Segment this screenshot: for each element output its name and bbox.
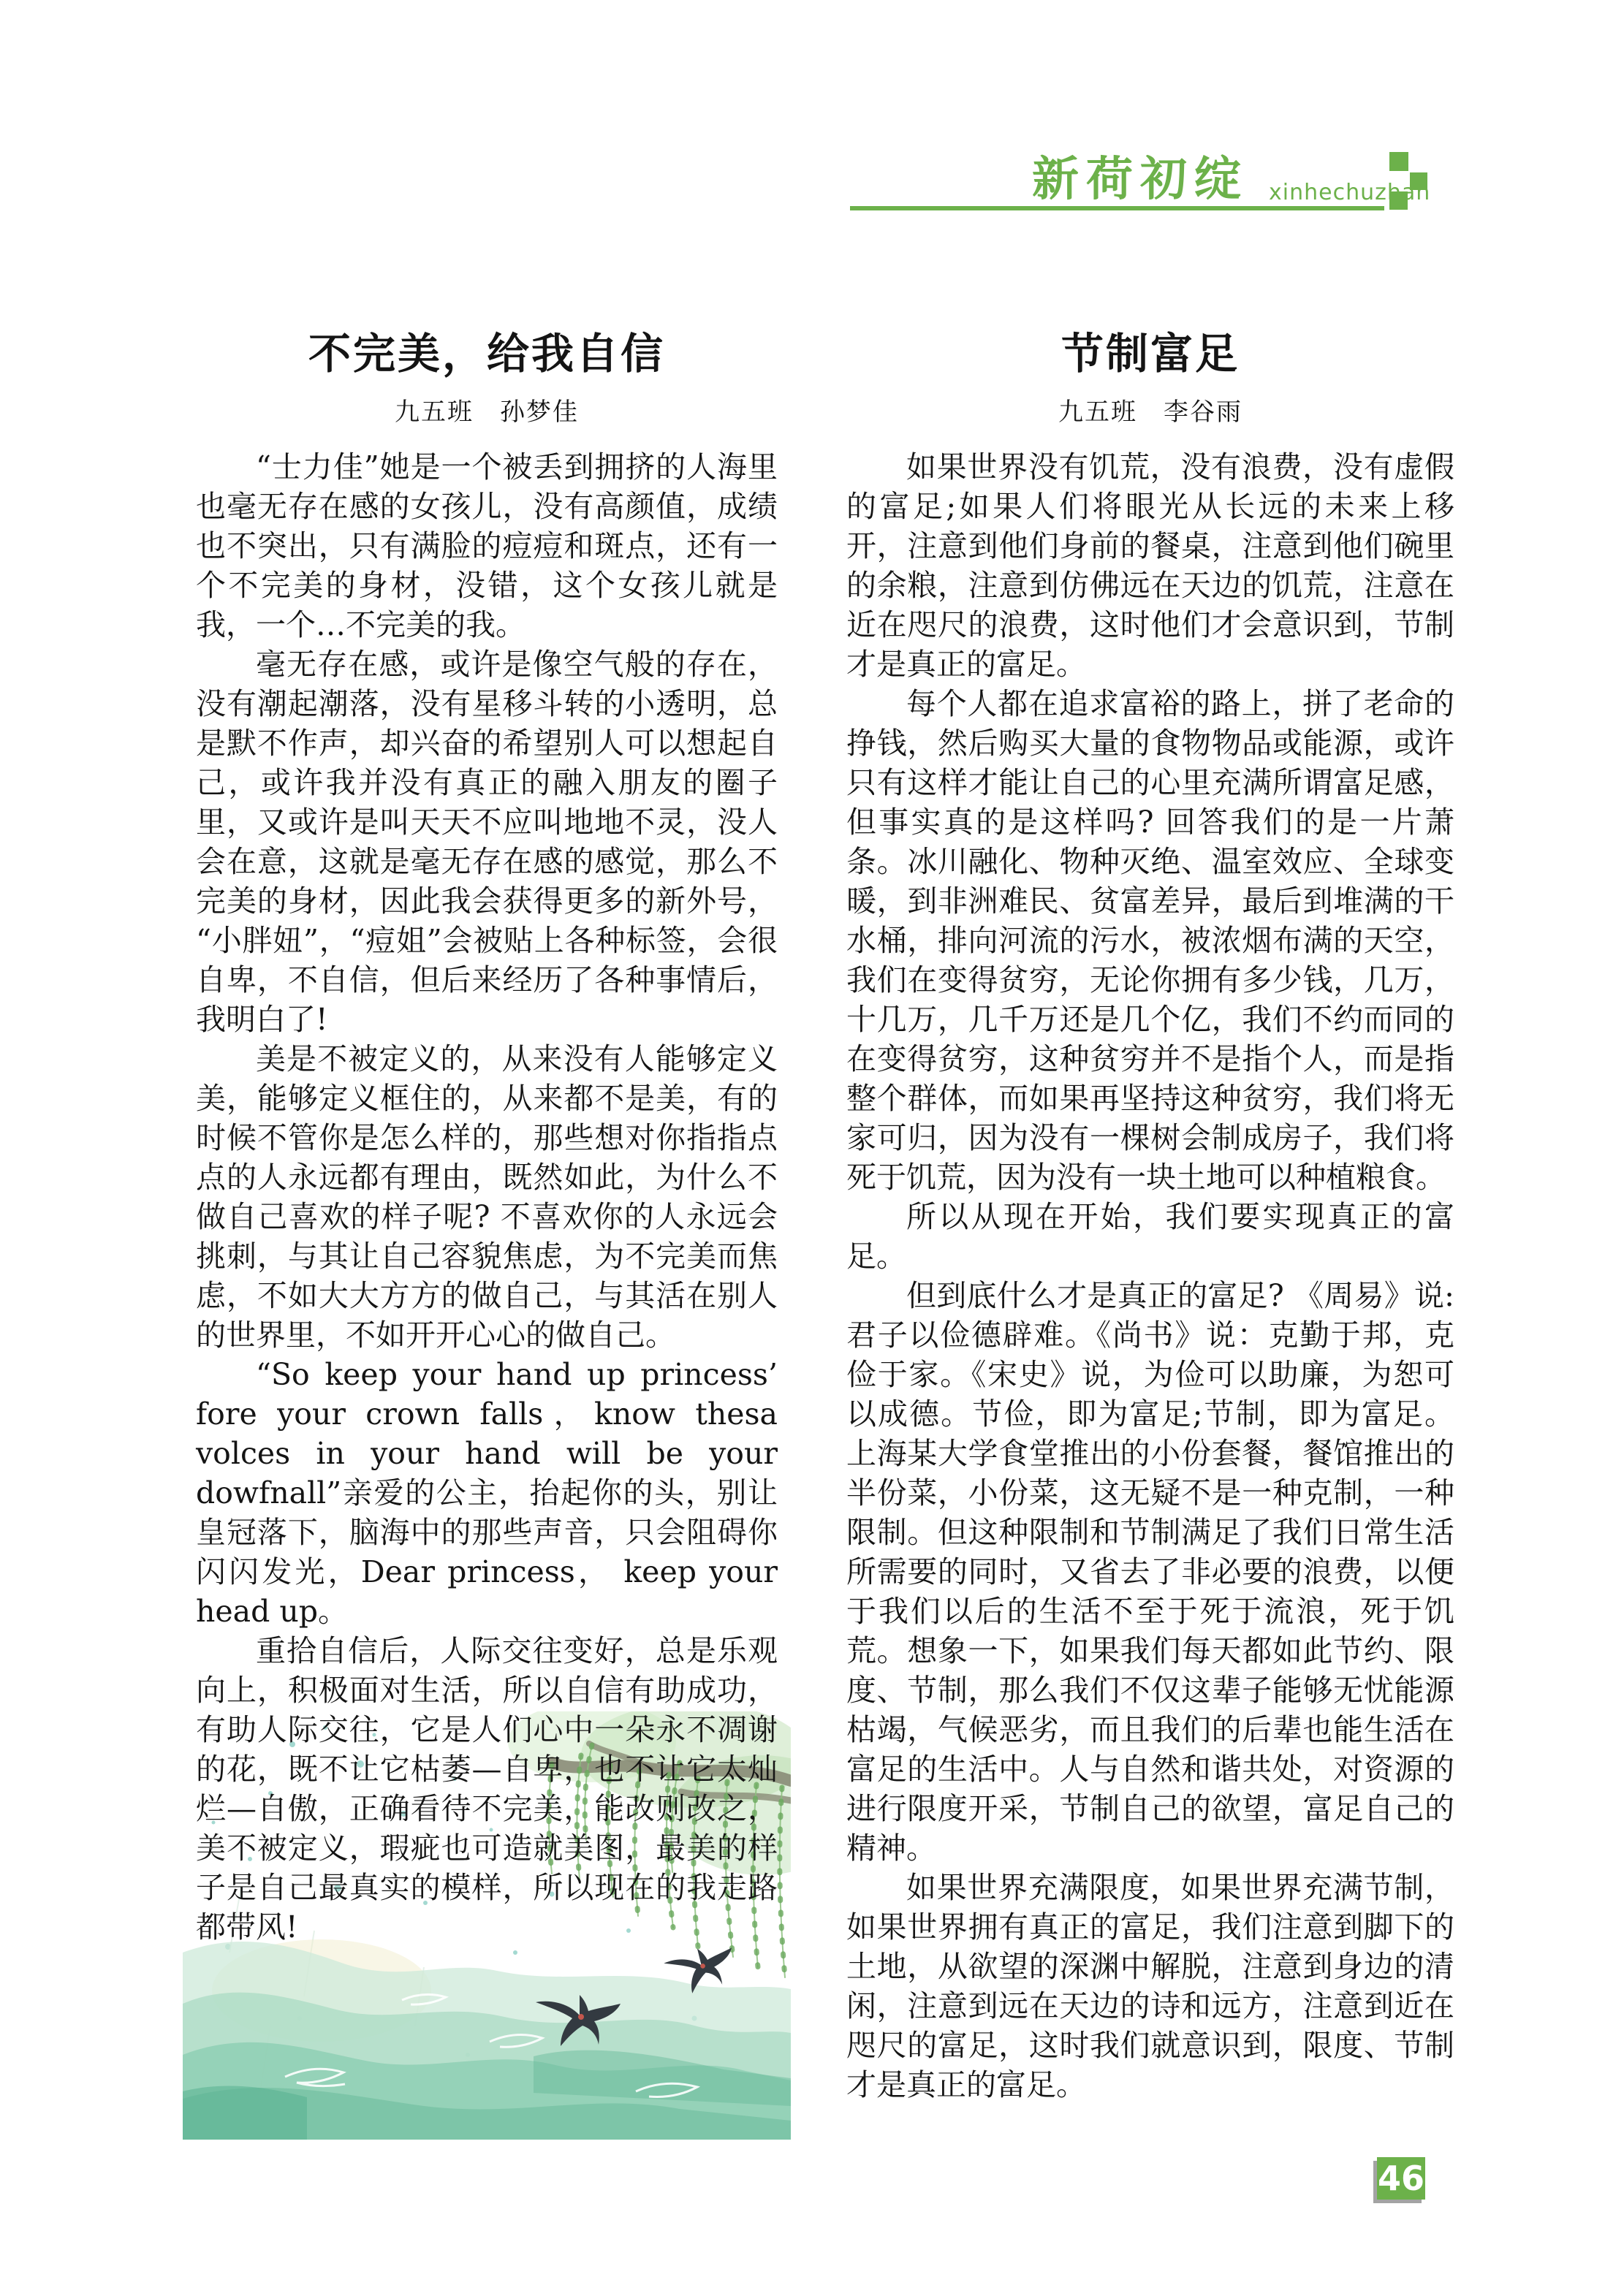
paragraph: 美是不被定义的，从来没有人能够定义美，能够定义框住的，从来都不是美，有的时候不管… — [196, 1039, 778, 1355]
paragraph: 但到底什么才是真正的富足? 《周易》说: 君子以俭德辟难。《尚书》说：克勤于邦，… — [846, 1276, 1454, 1868]
right-essay-title: 节制富足 — [846, 327, 1454, 380]
page-number-badge: 46 — [1377, 2157, 1425, 2200]
brand-logo-text: 新荷初绽 — [1017, 142, 1263, 209]
paragraph: 重拾自信后，人际交往变好，总是乐观向上，积极面对生活，所以自信有助成功，有助人际… — [196, 1631, 778, 1947]
magazine-page: 新荷初绽 xinhechuzhan — [0, 0, 1624, 2296]
left-essay-title: 不完美，给我自信 — [196, 327, 778, 380]
paragraph: “So keep your hand up princess’ fore you… — [196, 1355, 778, 1631]
right-essay-body: 如果世界没有饥荒，没有浪费，没有虚假的富足;如果人们将眼光从长远的未来上移开，注… — [846, 447, 1454, 2105]
right-essay-column: 节制富足 九五班 李谷雨 如果世界没有饥荒，没有浪费，没有虚假的富足;如果人们将… — [846, 327, 1454, 2105]
paragraph: 毫无存在感，或许是像空气般的存在，没有潮起潮落，没有星移斗转的小透明，总是默不作… — [196, 645, 778, 1039]
brand-mark-square-icon — [1410, 172, 1427, 190]
paragraph: 每个人都在追求富裕的路上，拼了老命的挣钱，然后购买大量的食物物品或能源，或许只有… — [846, 684, 1454, 1197]
paragraph: 如果世界充满限度，如果世界充满节制，如果世界拥有真正的富足，我们注意到脚下的土地… — [846, 1868, 1454, 2105]
left-essay-column: 不完美，给我自信 九五班 孙梦佳 “士力佳”她是一个被丢到拥挤的人海里也毫无存在… — [196, 327, 778, 1947]
left-essay-body: “士力佳”她是一个被丢到拥挤的人海里也毫无存在感的女孩儿，没有高颜值，成绩也不突… — [196, 447, 778, 1947]
right-essay-author: 九五班 李谷雨 — [846, 398, 1454, 427]
left-essay-author: 九五班 孙梦佳 — [196, 398, 778, 427]
header-rule — [850, 206, 1384, 210]
brand-mark-square-icon — [1389, 191, 1408, 210]
paragraph: 如果世界没有饥荒，没有浪费，没有虚假的富足;如果人们将眼光从长远的未来上移开，注… — [846, 447, 1454, 684]
paragraph: 所以从现在开始，我们要实现真正的富足。 — [846, 1197, 1454, 1276]
paragraph: “士力佳”她是一个被丢到拥挤的人海里也毫无存在感的女孩儿，没有高颜值，成绩也不突… — [196, 447, 778, 645]
brand-mark-square-icon — [1389, 152, 1408, 171]
